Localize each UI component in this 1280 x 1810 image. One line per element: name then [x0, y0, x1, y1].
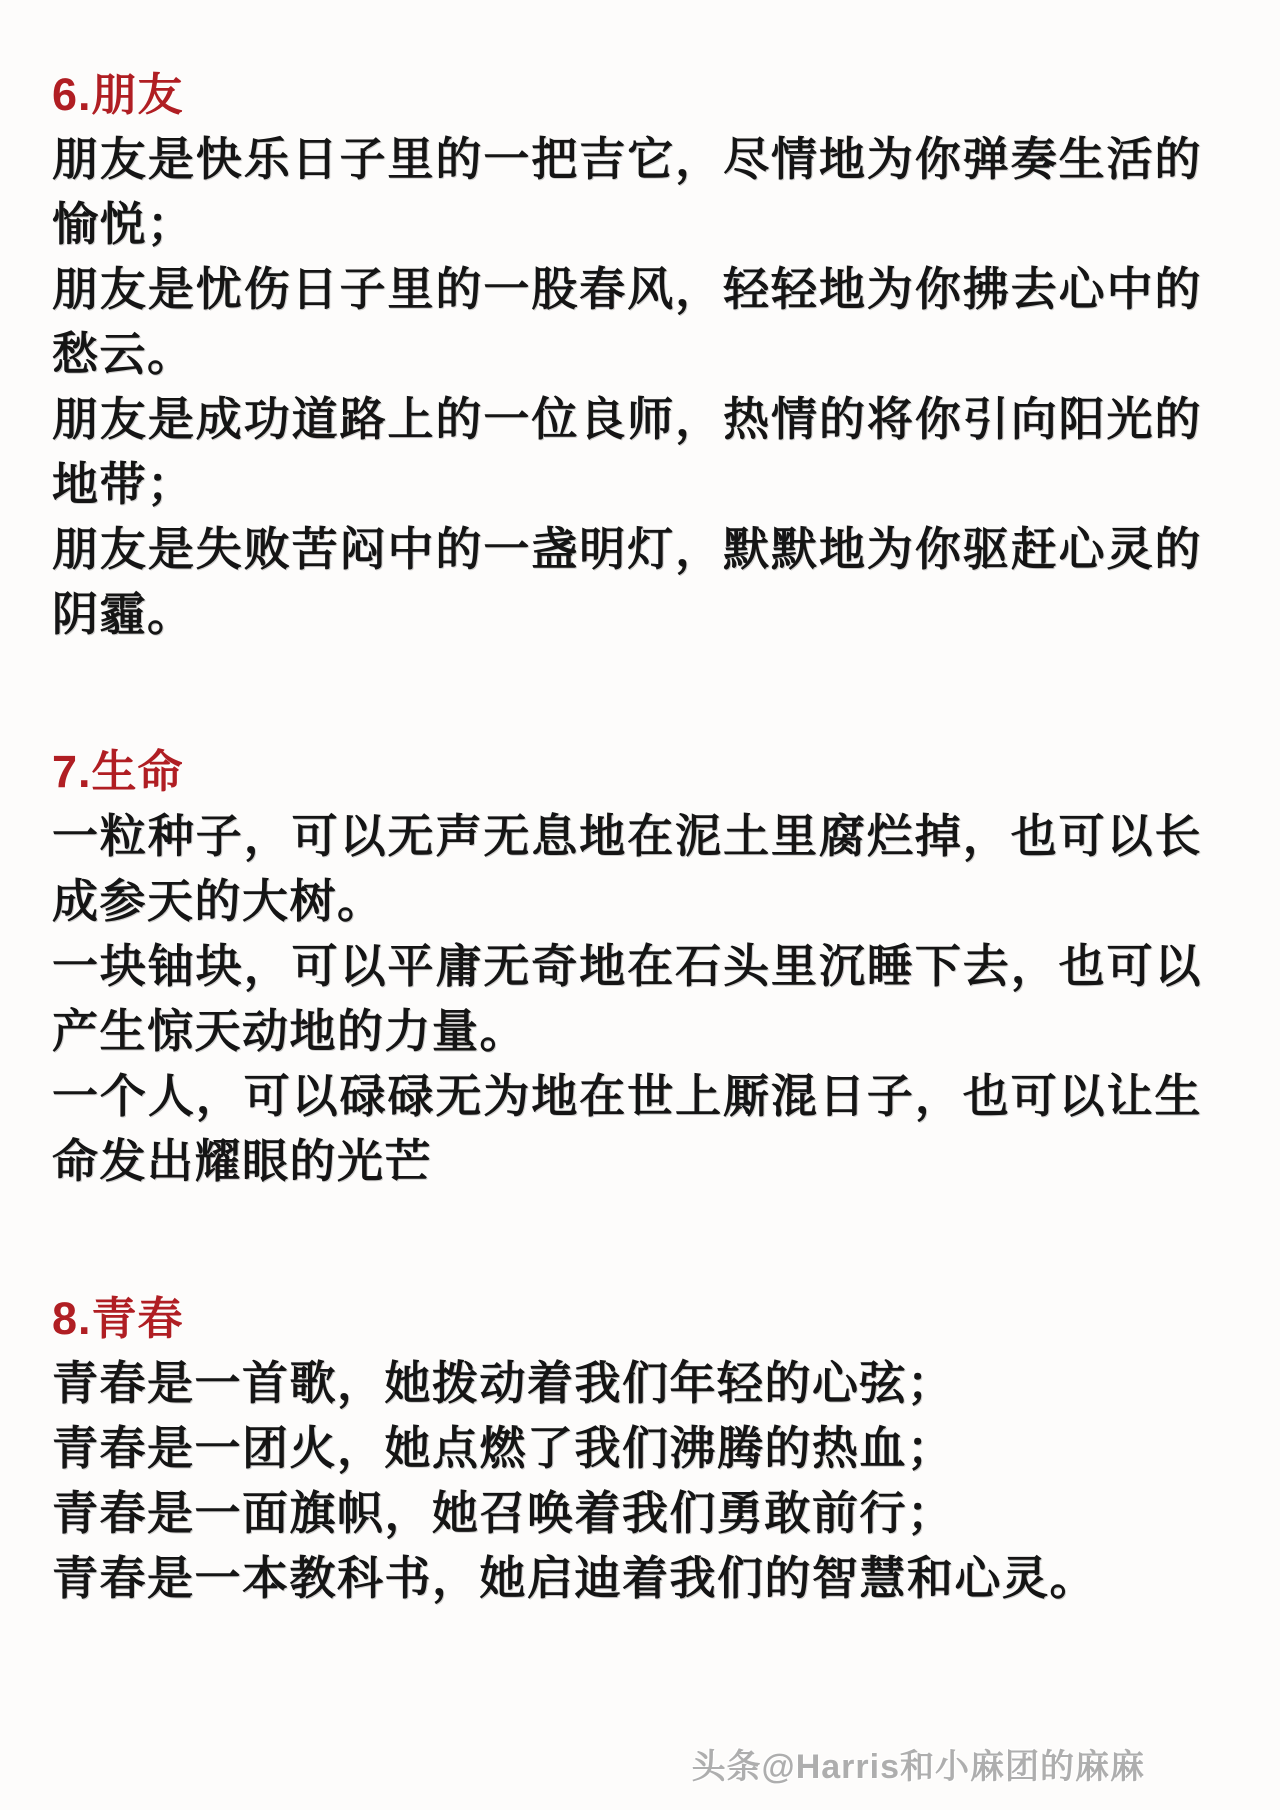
section-paragraph: 一块铀块，可以平庸无奇地在石头里沉睡下去，也可以产生惊天动地的力量。	[52, 934, 1202, 1064]
section-paragraph: 朋友是忧伤日子里的一股春风，轻轻地为你拂去心中的愁云。	[52, 257, 1202, 387]
section-heading: 7.生命	[52, 739, 1202, 804]
section-number: 7.	[52, 746, 92, 797]
section-body: 一粒种子，可以无声无息地在泥土里腐烂掉，也可以长成参天的大树。一块铀块，可以平庸…	[52, 804, 1202, 1194]
section-body: 朋友是快乐日子里的一把吉它，尽情地为你弹奏生活的愉悦；朋友是忧伤日子里的一股春风…	[52, 127, 1202, 647]
section-paragraph: 青春是一团火，她点燃了我们沸腾的热血；	[52, 1416, 1202, 1481]
section-paragraph: 朋友是快乐日子里的一把吉它，尽情地为你弹奏生活的愉悦；	[52, 127, 1202, 257]
section-paragraph: 朋友是失败苦闷中的一盏明灯，默默地为你驱赶心灵的阴霾。	[52, 517, 1202, 647]
section-paragraph: 青春是一首歌，她拨动着我们年轻的心弦；	[52, 1351, 1202, 1416]
section-title: 朋友	[92, 69, 184, 120]
section-title: 生命	[92, 746, 184, 797]
section-number: 8.	[52, 1293, 92, 1344]
section-heading: 8.青春	[52, 1286, 1202, 1351]
text-section: 7.生命 一粒种子，可以无声无息地在泥土里腐烂掉，也可以长成参天的大树。一块铀块…	[52, 739, 1202, 1194]
text-section: 6.朋友 朋友是快乐日子里的一把吉它，尽情地为你弹奏生活的愉悦；朋友是忧伤日子里…	[52, 62, 1202, 647]
section-title: 青春	[92, 1293, 184, 1344]
text-section: 8.青春 青春是一首歌，她拨动着我们年轻的心弦；青春是一团火，她点燃了我们沸腾的…	[52, 1286, 1202, 1611]
section-number: 6.	[52, 69, 92, 120]
watermark: 头条@Harris和小麻团的麻麻	[692, 1739, 1145, 1788]
document-page: 6.朋友 朋友是快乐日子里的一把吉它，尽情地为你弹奏生活的愉悦；朋友是忧伤日子里…	[0, 0, 1280, 1810]
content: 6.朋友 朋友是快乐日子里的一把吉它，尽情地为你弹奏生活的愉悦；朋友是忧伤日子里…	[0, 0, 1280, 1611]
section-paragraph: 青春是一本教科书，她启迪着我们的智慧和心灵。	[52, 1546, 1202, 1611]
section-paragraph: 朋友是成功道路上的一位良师，热情的将你引向阳光的地带；	[52, 387, 1202, 517]
section-body: 青春是一首歌，她拨动着我们年轻的心弦；青春是一团火，她点燃了我们沸腾的热血；青春…	[52, 1351, 1202, 1611]
section-heading: 6.朋友	[52, 62, 1202, 127]
section-paragraph: 一粒种子，可以无声无息地在泥土里腐烂掉，也可以长成参天的大树。	[52, 804, 1202, 934]
section-paragraph: 一个人，可以碌碌无为地在世上厮混日子，也可以让生命发出耀眼的光芒	[52, 1064, 1202, 1194]
section-paragraph: 青春是一面旗帜，她召唤着我们勇敢前行；	[52, 1481, 1202, 1546]
